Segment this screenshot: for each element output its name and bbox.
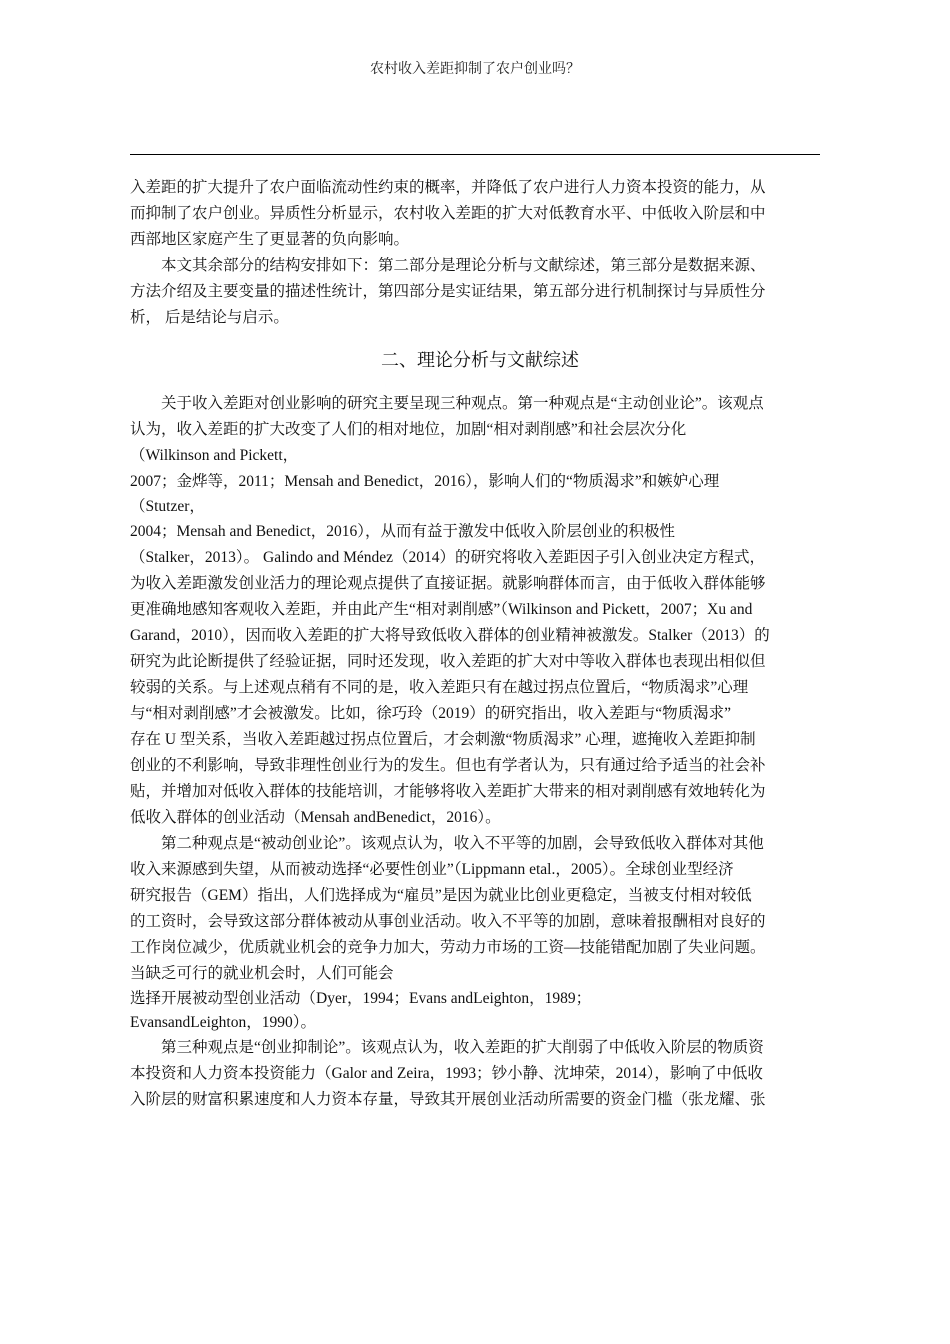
text-line: 而抑制了农户创业。异质性分析显示，农村收入差距的扩大对低教育水平、中低收入阶层和… (130, 201, 830, 227)
text-line: 创业的不利影响，导致非理性创业行为的发生。但也有学者认为，只有通过给予适当的社会… (130, 753, 830, 779)
paragraph-view-2: 第二种观点是“被动创业论”。该观点认为，收入不平等的加剧，会导致低收入群体对其他… (130, 831, 830, 1035)
text-line: 析， 后是结论与启示。 (130, 305, 830, 331)
running-title: 农村收入差距抑制了农户创业吗？ (0, 58, 950, 78)
text-line: 收入来源感到失望，从而被动选择“必要性创业”（Lippmann etal.，20… (130, 857, 830, 883)
document-body: 入差距的扩大提升了农户面临流动性约束的概率，并降低了农户进行人力资本投资的能力，… (130, 175, 830, 1113)
text-line: 存在 U 型关系，当收入差距越过拐点位置后，才会刺激“物质渴求” 心理，遮掩收入… (130, 727, 830, 753)
text-line: 第二种观点是“被动创业论”。该观点认为，收入不平等的加剧，会导致低收入群体对其他 (130, 831, 830, 857)
text-line: 入阶层的财富积累速度和人力资本存量，导致其开展创业活动所需要的资金门槛（张龙耀、… (130, 1087, 830, 1113)
text-line: 研究报告（GEM）指出，人们选择成为“雇员”是因为就业比创业更稳定，当被支付相对… (130, 883, 830, 909)
text-line: 第三种观点是“创业抑制论”。该观点认为，收入差距的扩大削弱了中低收入阶层的物质资 (130, 1035, 830, 1061)
text-line: 当缺乏可行的就业机会时，人们可能会 (130, 961, 830, 987)
text-line: 关于收入差距对创业影响的研究主要呈现三种观点。第一种观点是“主动创业论”。该观点 (130, 391, 830, 417)
text-line: 选择开展被动型创业活动（Dyer，1994；Evans andLeighton，… (130, 987, 830, 1011)
paragraph-structure: 本文其余部分的结构安排如下：第二部分是理论分析与文献综述，第三部分是数据来源、 … (130, 253, 830, 331)
text-line: 认为，收入差距的扩大改变了人们的相对地位，加剧“相对剥削感”和社会层次分化 (130, 417, 830, 443)
text-line: 研究为此论断提供了经验证据，同时还发现，收入差距的扩大对中等收入群体也表现出相似… (130, 649, 830, 675)
text-line: 低收入群体的创业活动（Mensah andBenedict，2016）。 (130, 805, 830, 831)
text-line: 更准确地感知客观收入差距，并由此产生“相对剥削感”（Wilkinson and … (130, 597, 830, 623)
text-line: 贴，并增加对低收入群体的技能培训，才能够将收入差距扩大带来的相对剥削感有效地转化… (130, 779, 830, 805)
text-line: 西部地区家庭产生了更显著的负向影响。 (130, 227, 830, 253)
text-line: 较弱的关系。与上述观点稍有不同的是，收入差距只有在越过拐点位置后，“物质渴求”心… (130, 675, 830, 701)
text-line: 的工资时，会导致这部分群体被动从事创业活动。收入不平等的加剧，意味着报酬相对良好… (130, 909, 830, 935)
text-line: （Stalker，2013）。 Galindo and Méndez（2014）… (130, 545, 830, 571)
text-line: 2007；金烨等，2011；Mensah and Benedict，2016），… (130, 469, 830, 495)
text-line: Garand，2010），因而收入差距的扩大将导致低收入群体的创业精神被激发。S… (130, 623, 830, 649)
text-line: EvansandLeighton，1990）。 (130, 1011, 830, 1035)
text-line: 2004；Mensah and Benedict，2016），从而有益于激发中低… (130, 519, 830, 545)
header-rule (130, 154, 820, 155)
text-line: 工作岗位减少，优质就业机会的竞争力加大，劳动力市场的工资—技能错配加剧了失业问题… (130, 935, 830, 961)
paragraph-intro-continued: 入差距的扩大提升了农户面临流动性约束的概率，并降低了农户进行人力资本投资的能力，… (130, 175, 830, 253)
text-line: 入差距的扩大提升了农户面临流动性约束的概率，并降低了农户进行人力资本投资的能力，… (130, 175, 830, 201)
paragraph-view-3: 第三种观点是“创业抑制论”。该观点认为，收入差距的扩大削弱了中低收入阶层的物质资… (130, 1035, 830, 1113)
text-line: 为收入差距激发创业活力的理论观点提供了直接证据。就影响群体而言，由于低收入群体能… (130, 571, 830, 597)
text-line: （Stutzer， (130, 495, 830, 519)
text-line: 方法介绍及主要变量的描述性统计，第四部分是实证结果，第五部分进行机制探讨与异质性… (130, 279, 830, 305)
text-line: 本文其余部分的结构安排如下：第二部分是理论分析与文献综述，第三部分是数据来源、 (130, 253, 830, 279)
text-line: 本投资和人力资本投资能力（Galor and Zeira，1993；钞小静、沈坤… (130, 1061, 830, 1087)
section-heading: 二、理论分析与文献综述 (130, 331, 830, 391)
text-line: （Wilkinson and Pickett， (130, 443, 830, 469)
paragraph-view-1: 关于收入差距对创业影响的研究主要呈现三种观点。第一种观点是“主动创业论”。该观点… (130, 391, 830, 831)
text-line: 与“相对剥削感”才会被激发。比如，徐巧玲（2019）的研究指出，收入差距与“物质… (130, 701, 830, 727)
